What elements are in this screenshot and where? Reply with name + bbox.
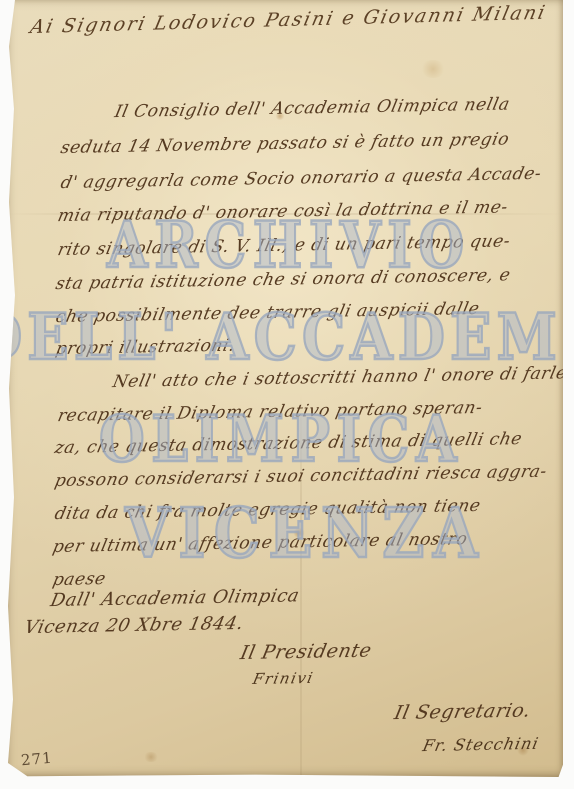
body-line: d' aggregarla come Socio onorario a ques… xyxy=(59,164,544,193)
date-line: Vicenza 20 Xbre 1844. xyxy=(23,613,246,638)
secretary-signature: Fr. Stecchini xyxy=(421,734,541,755)
address-line: Ai Signori Lodovico Pasini e Giovanni Mi… xyxy=(28,2,549,39)
body-line: Il Consiglio dell' Accademia Olimpica ne… xyxy=(113,94,512,122)
scanned-letter-page: { "watermark": { "line1": "ARCHIVIO", "l… xyxy=(0,0,574,789)
watermark-line-vicenza: VICENZA xyxy=(125,494,486,574)
paper-sheet: Ai Signori Lodovico Pasini e Giovanni Mi… xyxy=(5,0,563,777)
handwriting-layer: Ai Signori Lodovico Pasini e Giovanni Mi… xyxy=(5,0,563,777)
body-line: seduta 14 Novembre passato si è fatto un… xyxy=(59,129,511,158)
watermark-line-archivio: ARCHIVIO xyxy=(107,208,471,283)
president-signature: Frinivi xyxy=(251,669,315,688)
watermark-line-dell-accademia: DELL' ACCADEMIA xyxy=(5,300,563,375)
body-line: paese xyxy=(51,569,108,590)
secretary-title: Il Segretario. xyxy=(392,699,533,724)
president-title: Il Presidente xyxy=(238,639,374,664)
archive-number: 271 xyxy=(20,749,53,770)
watermark-line-olimpica: OLIMPICA xyxy=(99,402,463,477)
sender-line: Dall' Accademia Olimpica xyxy=(49,585,302,611)
